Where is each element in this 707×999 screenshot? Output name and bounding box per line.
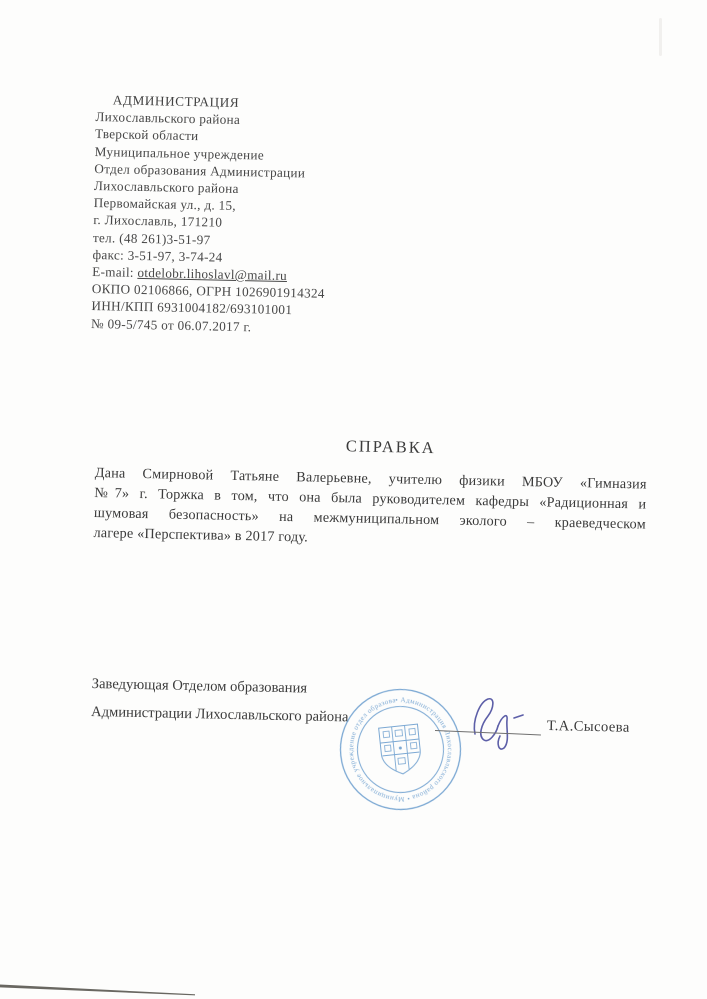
stamp-shield-emblem xyxy=(379,724,423,776)
document-title: СПРАВКА xyxy=(95,431,687,463)
scan-artifact-streak xyxy=(659,18,662,56)
stamp-ring-text: • Администрация Лихославльского района •… xyxy=(331,680,460,810)
document-page: АДМИНИСТРАЦИЯ Лихославльского района Тве… xyxy=(0,0,707,999)
letterhead: АДМИНИСТРАЦИЯ Лихославльского района Тве… xyxy=(91,91,376,338)
body-paragraph: Дана Смирновой Татьяне Валерьевне, учите… xyxy=(93,463,647,555)
scan-artifact-paper-edge xyxy=(0,981,220,999)
email-address: otdelobr.lihoslavl@mail.ru xyxy=(137,265,287,283)
round-seal-stamp: • Администрация Лихославльского района •… xyxy=(331,680,471,820)
email-label: E-mail: xyxy=(92,264,138,280)
signatory-name: Т.А.Сысоева xyxy=(547,718,630,737)
signature-line xyxy=(435,703,542,735)
